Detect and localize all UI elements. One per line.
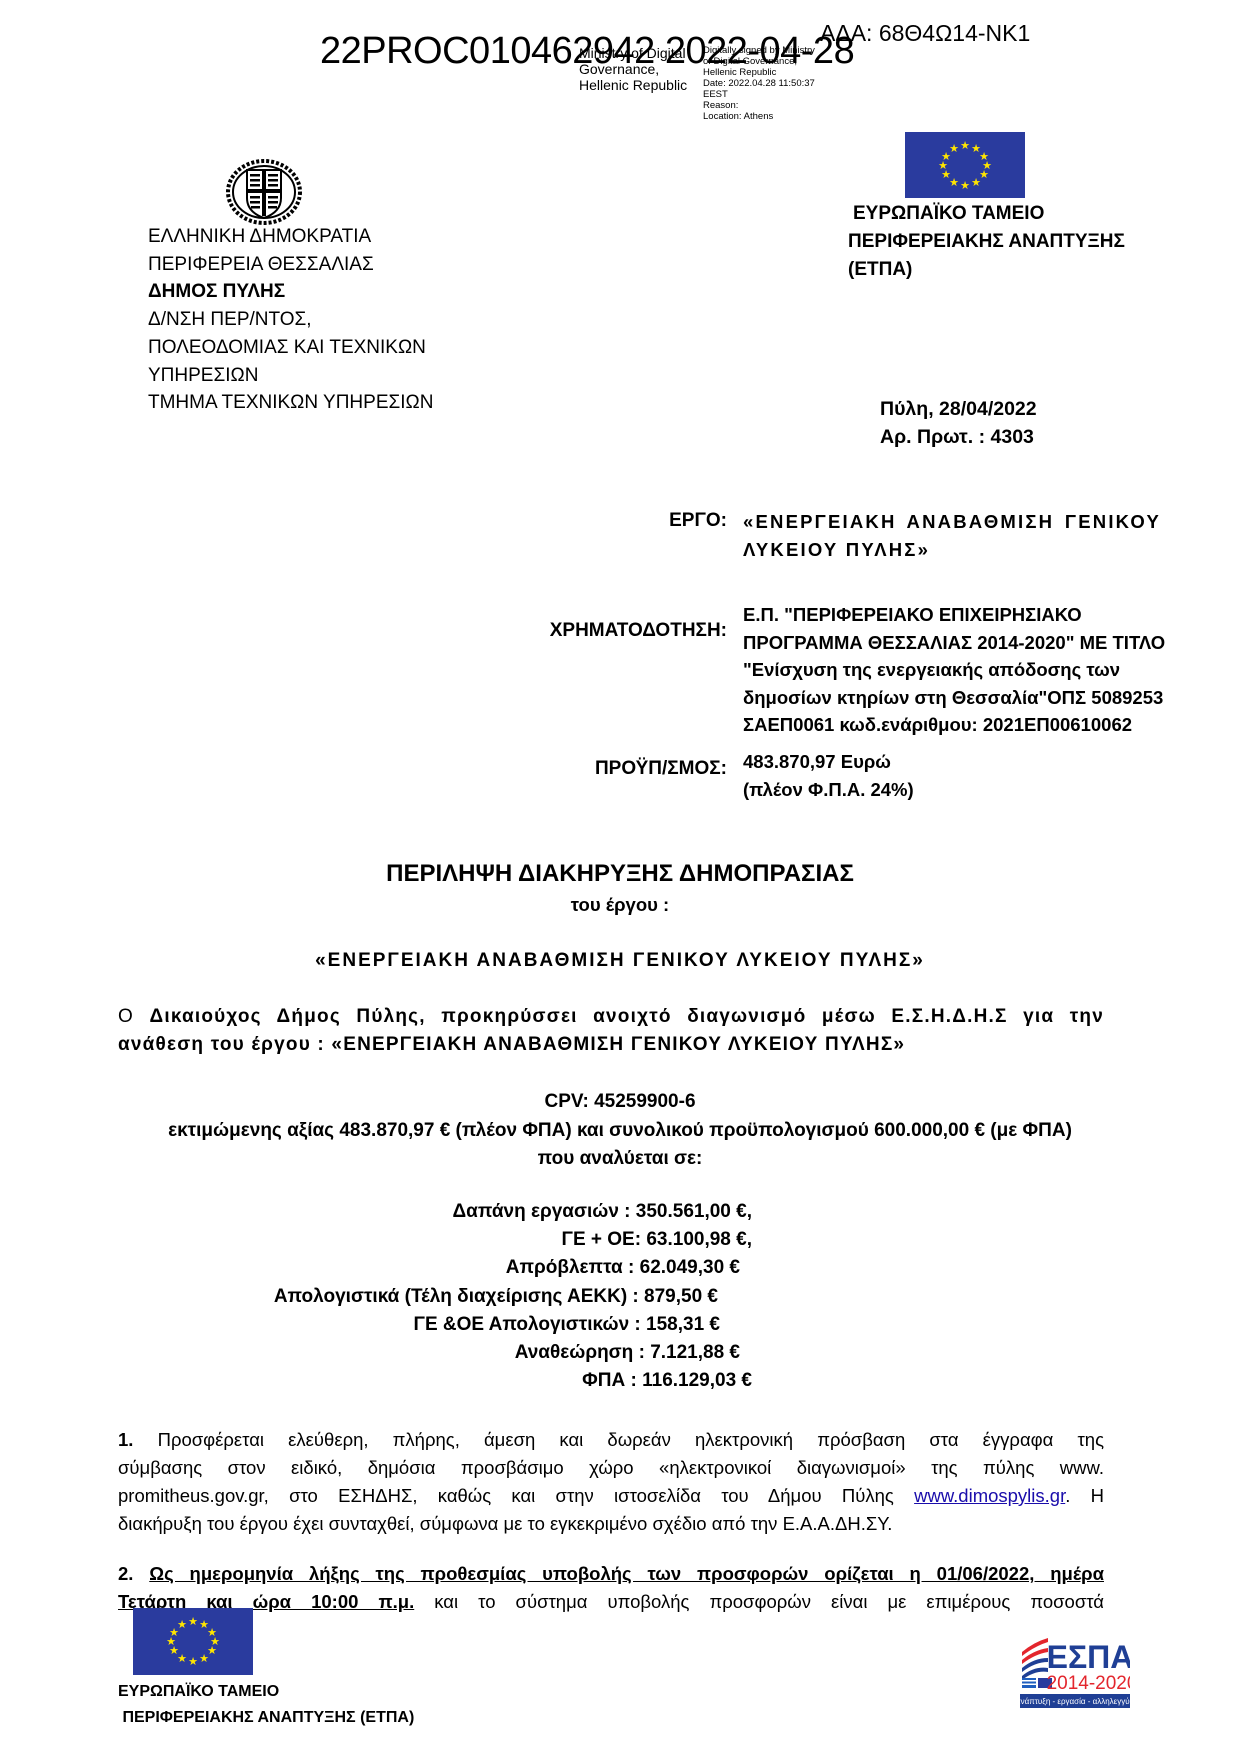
place-date: Πύλη, 28/04/2022: [880, 395, 1037, 423]
paragraph-1: 1. Προσφέρεται ελεύθερη, πλήρης, άμεση κ…: [118, 1426, 1104, 1538]
summary-block: CPV: 45259900-6 εκτιμώμενης αξίας 483.87…: [100, 1088, 1140, 1174]
date-protocol-block: Πύλη, 28/04/2022 Αρ. Πρωτ. : 4303: [880, 395, 1037, 451]
svg-text:★: ★: [971, 176, 981, 189]
svg-text:ανάπτυξη - εργασία - αλληλεγγύ: ανάπτυξη - εργασία - αλληλεγγύη: [1020, 1697, 1130, 1706]
funding-label: ΧΡΗΜΑΤΟΔΟΤΗΣΗ:: [480, 620, 727, 642]
issuer-block: ΕΛΛΗΝΙΚΗ ΔΗΜΟΚΡΑΤΙΑ ΠΕΡΙΦΕΡΕΙΑ ΘΕΣΣΑΛΙΑΣ…: [148, 223, 433, 417]
funding-value: Ε.Π. "ΠΕΡΙΦΕΡΕΙΑΚΟ ΕΠΙΧΕΙΡΗΣΙΑΚΟ ΠΡΟΓΡΑΜ…: [743, 601, 1183, 739]
erdf-fund-label: ΕΥΡΩΠΑΪΚΟ ΤΑΜΕΙΟ ΠΕΡΙΦΕΡΕΙΑΚΗΣ ΑΝΑΠΤΥΞΗΣ…: [848, 200, 1125, 284]
eu-flag-icon: ★★★ ★★★ ★★★ ★★★: [905, 132, 1025, 198]
deadline-text: Ως ημερομηνία λήξης της προθεσμίας υποβο…: [149, 1563, 1104, 1584]
svg-text:★: ★: [177, 1618, 187, 1631]
espa-logo-icon: ΕΣΠΑ 2014-2020 ανάπτυξη - εργασία - αλλη…: [1020, 1632, 1130, 1714]
cpv-code: CPV: 45259900-6: [100, 1088, 1140, 1117]
project-label: ΕΡΓΟ:: [560, 510, 727, 532]
document-title: ΠΕΡΙΛΗΨΗ ΔΙΑΚΗΡΥΞΗΣ ΔΗΜΟΠΡΑΣΙΑΣ: [0, 860, 1240, 888]
signature-details: Digitally signed by Ministry of Digital …: [703, 45, 823, 122]
svg-text:★: ★: [960, 139, 970, 152]
hellenic-coat-of-arms-icon: [225, 158, 303, 226]
cost-item: ΓΕ + ΟΕ: 63.100,98 €,: [200, 1226, 752, 1254]
svg-text:★: ★: [188, 1655, 198, 1668]
project-value: «ΕΝΕΡΓΕΙΑΚΗ ΑΝΑΒΑΘΜΙΣΗ ΓΕΝΙΚΟΥ ΛΥΚΕΙΟΥ Π…: [743, 508, 1161, 563]
svg-text:★: ★: [960, 179, 970, 192]
svg-text:ΕΣΠΑ: ΕΣΠΑ: [1047, 1639, 1130, 1675]
signature-signer: Ministry of Digital Governance, Hellenic…: [579, 45, 704, 93]
municipality-name: ΔΗΜΟΣ ΠΥΛΗΣ: [148, 278, 433, 306]
cost-item: Απρόβλεπτα : 62.049,30 €: [200, 1254, 752, 1282]
cost-item: ΦΠΑ : 116.129,03 €: [200, 1367, 752, 1395]
svg-text:2014-2020: 2014-2020: [1047, 1673, 1130, 1694]
budget-label: ΠΡΟΫΠ/ΣΜΟΣ:: [560, 758, 727, 780]
svg-text:★: ★: [199, 1652, 209, 1665]
estimated-value: εκτιμώμενης αξίας 483.870,97 € (πλέον ΦΠ…: [100, 1117, 1140, 1146]
erdf-fund-footer-label: ΕΥΡΩΠΑΪΚΟ ΤΑΜΕΙΟ ΠΕΡΙΦΕΡΕΙΑΚΗΣ ΑΝΑΠΤΥΞΗΣ…: [118, 1679, 414, 1731]
budget-value: 483.870,97 Ευρώ (πλέον Φ.Π.Α. 24%): [743, 748, 1043, 803]
document-subtitle: του έργου :: [0, 894, 1240, 916]
cost-item: Αναθεώρηση : 7.121,88 €: [200, 1339, 752, 1367]
paragraph-2: 2. Ως ημερομηνία λήξης της προθεσμίας υπ…: [118, 1560, 1104, 1616]
project-title: «ΕΝΕΡΓΕΙΑΚΗ ΑΝΑΒΑΘΜΙΣΗ ΓΕΝΙΚΟΥ ΛΥΚΕΙΟΥ Π…: [0, 950, 1240, 972]
protocol-number: Αρ. Πρωτ. : 4303: [880, 423, 1037, 451]
cost-breakdown-list: Δαπάνη εργασιών : 350.561,00 €, ΓΕ + ΟΕ:…: [200, 1198, 752, 1395]
cost-item: Απολογιστικά (Τέλη διαχείρισης ΑΕΚΚ) : 8…: [200, 1283, 752, 1311]
svg-text:★: ★: [188, 1615, 198, 1628]
municipality-website-link[interactable]: www.dimospylis.gr: [914, 1485, 1065, 1506]
svg-text:★: ★: [949, 142, 959, 155]
intro-paragraph: Ο Δικαιούχος Δήμος Πύλης, προκηρύσσει αν…: [118, 1003, 1104, 1059]
cost-item: Δαπάνη εργασιών : 350.561,00 €,: [200, 1198, 752, 1226]
cost-item: ΓΕ &ΟΕ Απολογιστικών : 158,31 €: [200, 1311, 752, 1339]
ada-stamp: ΑΔΑ: 68Θ4Ω14-ΝΚ1: [820, 20, 1030, 47]
eu-flag-icon: ★★★ ★★★ ★★★ ★★★: [133, 1608, 253, 1675]
